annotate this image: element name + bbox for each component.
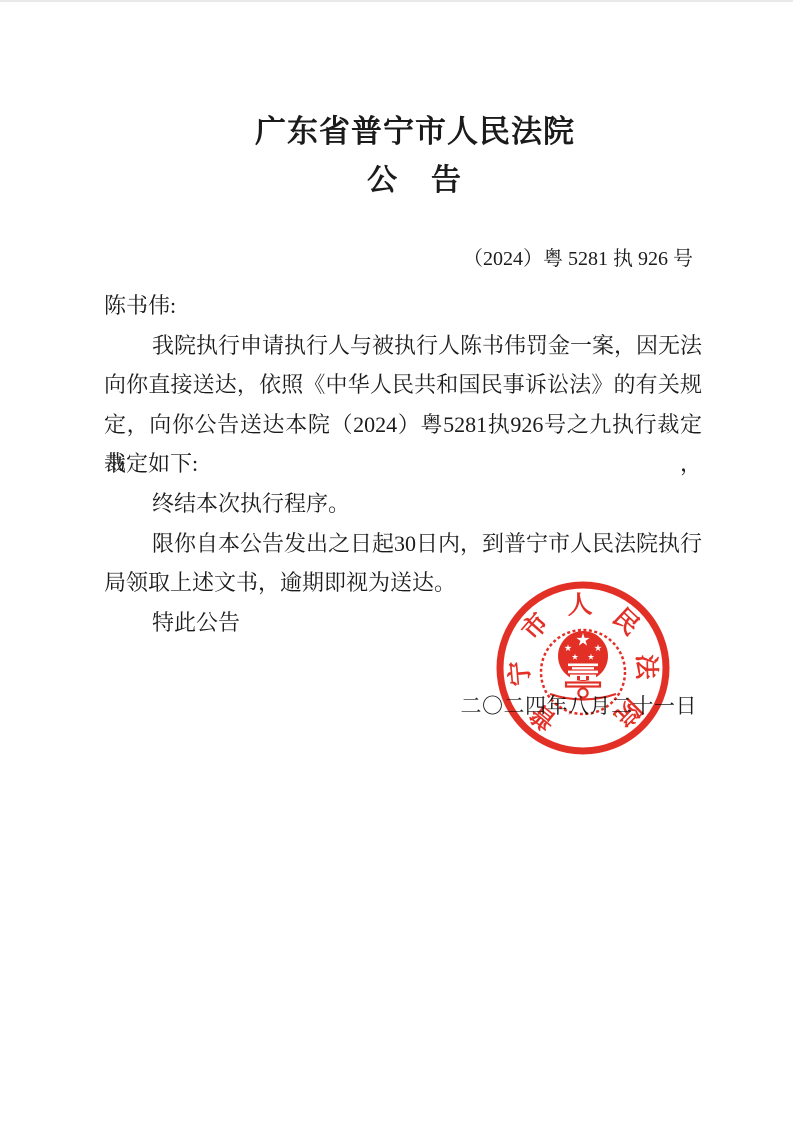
body-line: 定，向你公告送达本院（2024）粤5281执926号之九执行裁定书，: [104, 405, 702, 445]
recipient-line: 陈书伟:: [104, 286, 702, 326]
case-number: （2024）粤 5281 执 926 号: [463, 246, 693, 272]
seal-text-char: 宁: [505, 660, 535, 687]
notice-title: 公 告: [116, 160, 714, 202]
body-line: 终结本次执行程序。: [104, 484, 702, 524]
body-line: 我院执行申请执行人与被执行人陈书伟罚金一案，因无法: [104, 326, 702, 366]
scan-edge-line: [0, 0, 793, 2]
issue-date: 二〇二四年八月二十一日: [461, 692, 698, 720]
star-icon: [564, 644, 571, 651]
notice-page: 广东省普宁市人民法院 公 告 （2024）粤 5281 执 926 号 陈书伟:…: [0, 0, 793, 1122]
body-line: 限你自本公告发出之日起30日内，到普宁市人民法院执行: [104, 524, 702, 564]
star-icon: [588, 654, 594, 660]
document-header: 广东省普宁市人民法院 公 告: [116, 110, 714, 202]
court-name: 广东省普宁市人民法院: [116, 110, 714, 154]
star-icon: [572, 654, 578, 660]
star-icon: [594, 644, 601, 651]
notice-body: 陈书伟: 我院执行申请执行人与被执行人陈书伟罚金一案，因无法 向你直接送达，依照…: [104, 286, 702, 642]
body-line: 局领取上述文书，逾期即视为送达。: [104, 563, 702, 603]
closing-line: 特此公告: [104, 603, 702, 643]
seal-text-char: 法: [632, 654, 660, 680]
body-line: 向你直接送达，依照《中华人民共和国民事诉讼法》的有关规: [104, 365, 702, 405]
tiananmen-icon: [568, 664, 598, 681]
